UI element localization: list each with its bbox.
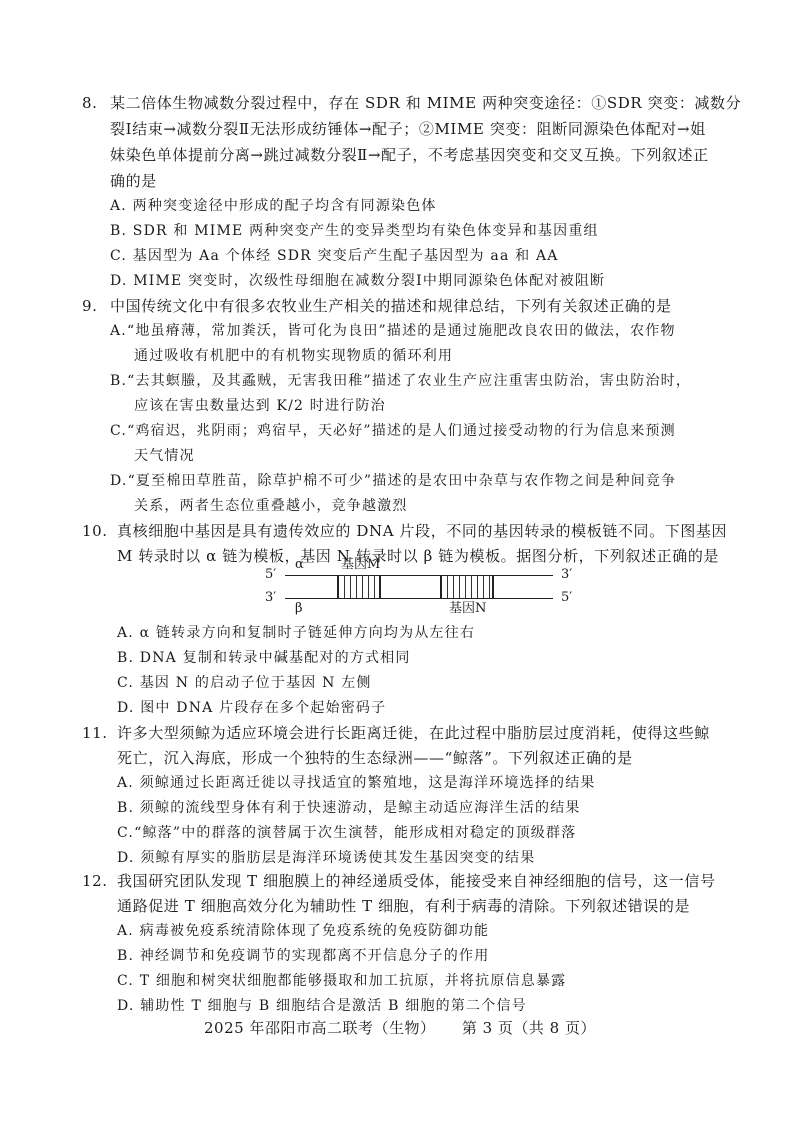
option-text: “去其螟螣，及其蟊贼，无害我田稚”描述了农业生产应注重害虫防治，害虫防治时， (127, 373, 691, 389)
option-text: 须鲸的流线型身体有利于快速游动，是鲸主动适应海洋生活的结果 (140, 800, 581, 816)
option-c-continued: 天气情况 (134, 446, 195, 466)
question-stem-line: 妹染色单体提前分离→跳过减数分裂Ⅱ→配子，不考虑基因突变和交叉互换。下列叙述正 (110, 145, 709, 165)
option-label: A. (117, 923, 134, 939)
question-stem-line: 确的是 (110, 171, 157, 191)
three-prime-label: 3′ (561, 568, 572, 582)
option-label: A. (117, 625, 134, 641)
gene-n-region (440, 575, 494, 598)
option-a[interactable]: A. 须鲸通过长距离迁徙以寻找适宜的繁殖地，这是海洋环境选择的结果 (117, 773, 596, 793)
question-number: 12. (82, 871, 108, 891)
option-label: B. (110, 373, 127, 389)
alpha-strand (285, 575, 553, 576)
option-d[interactable]: D.“夏至棉田草胜苗，除草护棉不可少”描述的是农田中杂草与农作物之间是种间竞争 (110, 471, 676, 491)
five-prime-label: 5′ (561, 591, 572, 605)
three-prime-label: 3′ (265, 591, 276, 605)
option-label: A. (110, 323, 127, 339)
question-stem-line: 真核细胞中基因是具有遗传效应的 DNA 片段，不同的基因转录的模板链不同。下图基… (117, 521, 727, 541)
gene-m-label: 基因M (341, 558, 380, 572)
option-text: 辅助性 T 细胞与 B 细胞结合是激活 B 细胞的第二个信号 (140, 998, 527, 1014)
option-text: “鲸落”中的群落的演替属于次生演替，能形成相对稳定的顶级群落 (134, 825, 576, 841)
option-text: 神经调节和免疫调节的实现都离不开信息分子的作用 (140, 948, 490, 964)
option-text: 基因 N 的启动子位于基因 N 左侧 (140, 675, 372, 691)
option-a[interactable]: A.“地虽瘠薄，常加粪沃，皆可化为良田”描述的是通过施肥改良农田的做法，农作物 (110, 321, 676, 341)
option-text: “夏至棉田草胜苗，除草护棉不可少”描述的是农田中杂草与农作物之间是种间竞争 (128, 473, 677, 489)
beta-strand (285, 598, 553, 599)
alpha-strand-label: α (295, 558, 304, 572)
option-label: B. (117, 800, 134, 816)
option-label: B. (110, 223, 127, 239)
option-text: T 细胞和树突状细胞都能够摄取和加工抗原，并将抗原信息暴露 (140, 973, 567, 989)
page-footer: 2025 年邵阳市高二联考（生物） 第 3 页（共 8 页） (0, 1017, 800, 1038)
page-number: 第 3 页（共 8 页） (462, 1019, 596, 1037)
question-number: 10. (82, 521, 108, 541)
option-d[interactable]: D. MIME 突变时，次级性母细胞在减数分裂Ⅰ中期同源染色体配对被阻断 (110, 271, 605, 291)
option-label: C. (110, 248, 127, 264)
five-prime-label: 5′ (265, 568, 276, 582)
option-c[interactable]: C.“鸡宿迟，兆阴雨；鸡宿早，天必好”描述的是人们通过接受动物的行为信息来预测 (110, 421, 676, 441)
option-label: D. (110, 473, 128, 489)
option-text: 两种突变途径中形成的配子均含有同源染色体 (133, 198, 437, 214)
option-text: 基因型为 Aa 个体经 SDR 突变后产生配子基因型为 aa 和 AA (133, 248, 559, 264)
option-label: D. (117, 700, 135, 716)
question-stem-line: 许多大型须鲸为适应环境会进行长距离迁徙，在此过程中脂肪层过度消耗，使得这些鲸 (117, 723, 710, 743)
option-text: 须鲸有厚实的脂肪层是海洋环境诱使其发生基因突变的结果 (140, 850, 535, 866)
option-b[interactable]: B. 神经调节和免疫调节的实现都离不开信息分子的作用 (117, 946, 489, 966)
option-b[interactable]: B.“去其螟螣，及其蟊贼，无害我田稚”描述了农业生产应注重害虫防治，害虫防治时， (110, 371, 691, 391)
option-text: SDR 和 MIME 两种突变产生的变异类型均有染色体变异和基因重组 (133, 223, 599, 239)
option-label: C. (117, 825, 134, 841)
option-label: C. (117, 675, 134, 691)
question-number: 8. (82, 93, 98, 113)
option-d[interactable]: D. 须鲸有厚实的脂肪层是海洋环境诱使其发生基因突变的结果 (117, 848, 535, 868)
option-a[interactable]: A. 两种突变途径中形成的配子均含有同源染色体 (110, 196, 437, 216)
option-label: D. (110, 273, 128, 289)
option-d-continued: 关系，两者生态位重叠越小，竞争越激烈 (134, 496, 408, 516)
option-c[interactable]: C. T 细胞和树突状细胞都能够摄取和加工抗原，并将抗原信息暴露 (117, 971, 566, 991)
option-label: B. (117, 948, 134, 964)
option-b[interactable]: B. DNA 复制和转录中碱基配对的方式相同 (117, 648, 411, 668)
gene-m-region (337, 575, 381, 598)
option-b[interactable]: B. 须鲸的流线型身体有利于快速游动，是鲸主动适应海洋生活的结果 (117, 798, 581, 818)
option-label: A. (110, 198, 127, 214)
question-number: 9. (82, 296, 98, 316)
option-d[interactable]: D. 图中 DNA 片段存在多个起始密码子 (117, 698, 386, 718)
exam-title: 2025 年邵阳市高二联考（生物） (204, 1019, 435, 1037)
dna-diagram: 5′ 3′ α β 基因M 基因N 3′ 5′ (255, 552, 595, 622)
option-label: B. (117, 650, 134, 666)
option-a[interactable]: A. α 链转录方向和复制时子链延伸方向均为从左往右 (117, 623, 475, 643)
option-text: 须鲸通过长距离迁徙以寻找适宜的繁殖地，这是海洋环境选择的结果 (140, 775, 596, 791)
gene-n-label: 基因N (449, 602, 486, 616)
question-stem-line: 中国传统文化中有很多农牧业生产相关的描述和规律总结，下列有关叙述正确的是 (110, 296, 672, 316)
question-stem-line: 通路促进 T 细胞高效分化为辅助性 T 细胞，有利于病毒的清除。下列叙述错误的是 (117, 896, 690, 916)
option-text: α 链转录方向和复制时子链延伸方向均为从左往右 (140, 625, 476, 641)
option-label: D. (117, 850, 135, 866)
option-text: 图中 DNA 片段存在多个起始密码子 (140, 700, 386, 716)
option-text: “鸡宿迟，兆阴雨；鸡宿早，天必好”描述的是人们通过接受动物的行为信息来预测 (127, 423, 676, 439)
option-text: DNA 复制和转录中碱基配对的方式相同 (140, 650, 411, 666)
option-text: MIME 突变时，次级性母细胞在减数分裂Ⅰ中期同源染色体配对被阻断 (133, 273, 605, 289)
option-label: D. (117, 998, 135, 1014)
option-label: C. (110, 423, 127, 439)
option-b-continued: 应该在害虫数量达到 K/2 时进行防治 (134, 396, 386, 416)
option-c[interactable]: C. 基因型为 Aa 个体经 SDR 突变后产生配子基因型为 aa 和 AA (110, 246, 559, 266)
option-label: C. (117, 973, 134, 989)
beta-strand-label: β (295, 602, 303, 616)
question-stem-line: 某二倍体生物减数分裂过程中，存在 SDR 和 MIME 两种突变途径：①SDR … (110, 93, 741, 113)
option-c[interactable]: C.“鲸落”中的群落的演替属于次生演替，能形成相对稳定的顶级群落 (117, 823, 576, 843)
option-text: 病毒被免疫系统清除体现了免疫系统的免疫防御功能 (140, 923, 490, 939)
option-a[interactable]: A. 病毒被免疫系统清除体现了免疫系统的免疫防御功能 (117, 921, 489, 941)
question-stem-line: 死亡，沉入海底，形成一个独特的生态绿洲——“鲸落”。下列叙述正确的是 (117, 748, 633, 768)
option-b[interactable]: B. SDR 和 MIME 两种突变产生的变异类型均有染色体变异和基因重组 (110, 221, 599, 241)
question-stem-line: 我国研究团队发现 T 细胞膜上的神经递质受体，能接受来自神经细胞的信号，这一信号 (117, 871, 716, 891)
option-c[interactable]: C. 基因 N 的启动子位于基因 N 左侧 (117, 673, 372, 693)
question-number: 11. (82, 723, 108, 743)
exam-page: 8. 某二倍体生物减数分裂过程中，存在 SDR 和 MIME 两种突变途径：①S… (0, 0, 800, 1132)
option-d[interactable]: D. 辅助性 T 细胞与 B 细胞结合是激活 B 细胞的第二个信号 (117, 996, 527, 1016)
question-stem-line: 裂Ⅰ结束→减数分裂Ⅱ无法形成纺锤体→配子；②MIME 突变：阻断同源染色体配对→… (110, 119, 706, 139)
option-text: “地虽瘠薄，常加粪沃，皆可化为良田”描述的是通过施肥改良农田的做法，农作物 (127, 323, 676, 339)
option-label: A. (117, 775, 134, 791)
option-a-continued: 通过吸收有机肥中的有机物实现物质的循环利用 (134, 346, 453, 366)
